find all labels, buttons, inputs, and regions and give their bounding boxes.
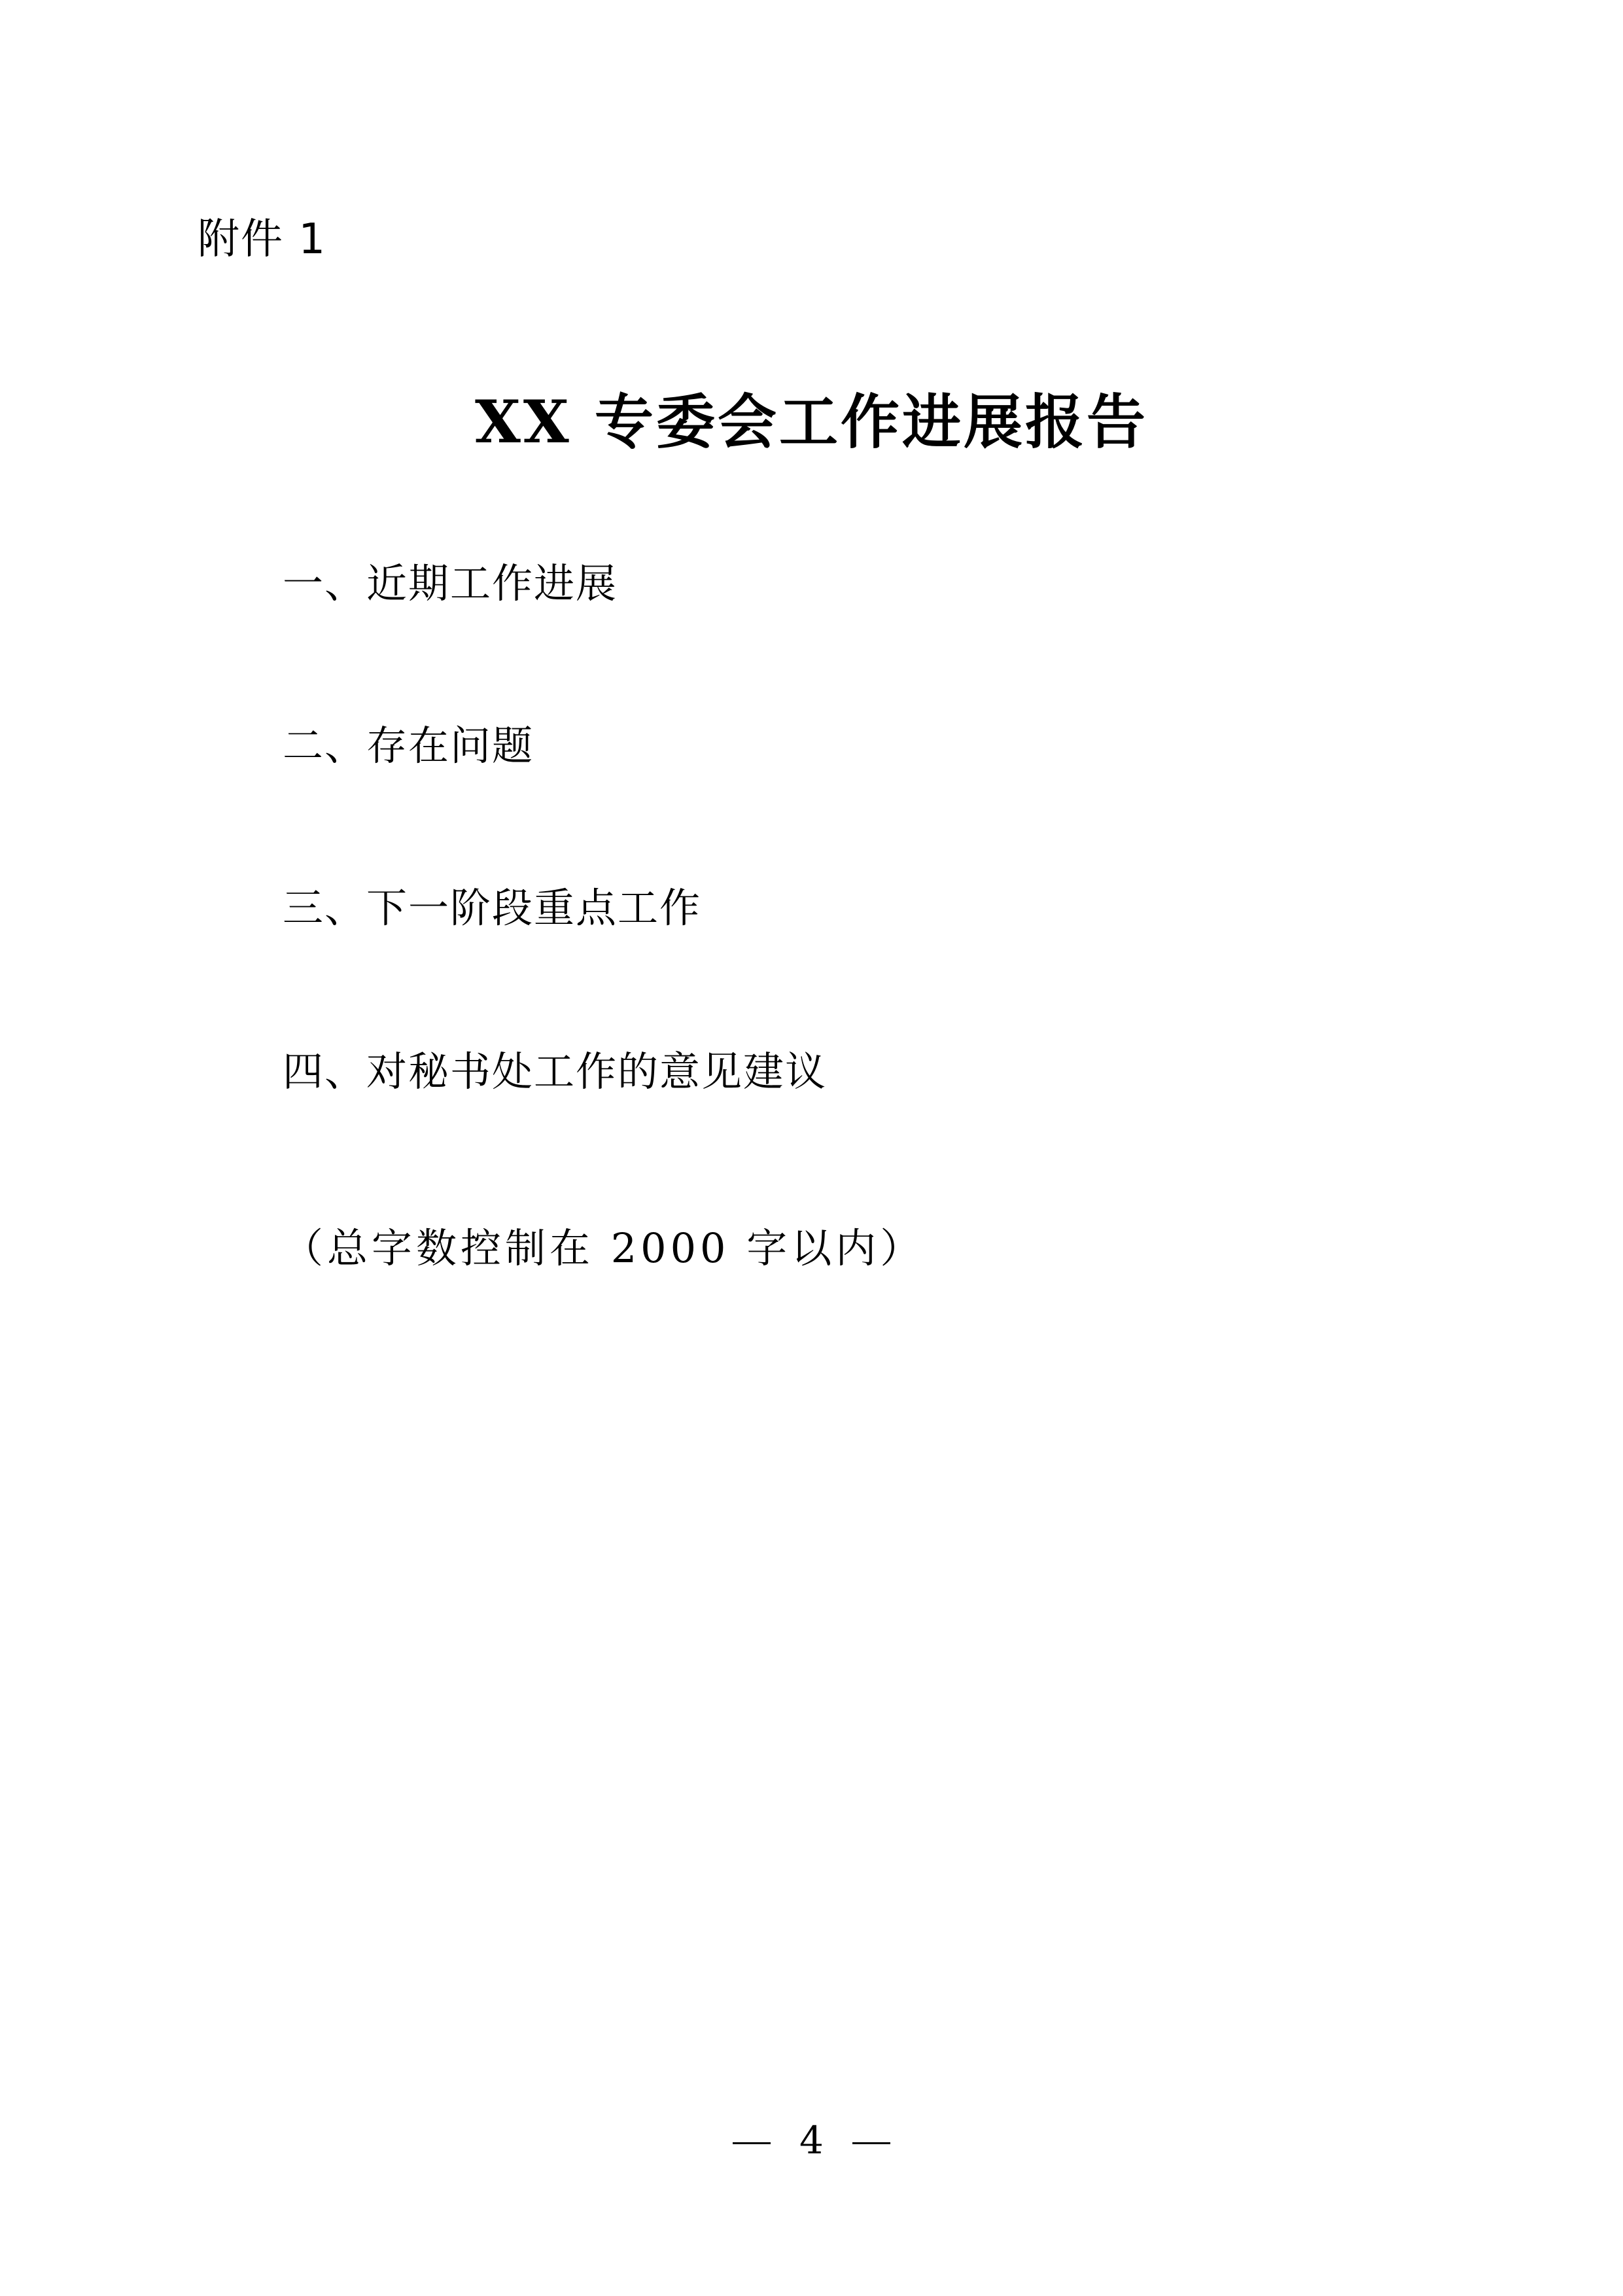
right-dash-decoration bbox=[852, 2142, 890, 2144]
attachment-label: 附件 1 bbox=[198, 213, 326, 266]
section-heading-existing-problems: 二、存在问题 bbox=[283, 720, 534, 772]
page-number: 4 bbox=[799, 2118, 824, 2163]
document-title: XX 专委会工作进展报告 bbox=[0, 386, 1623, 458]
word-count-note: （总字数控制在 2000 字以内） bbox=[283, 1222, 924, 1275]
section-heading-next-stage-work: 三、下一阶段重点工作 bbox=[283, 882, 701, 934]
section-heading-suggestions: 四、对秘书处工作的意见建议 bbox=[283, 1046, 827, 1098]
left-dash-decoration bbox=[733, 2142, 771, 2144]
section-heading-recent-progress: 一、近期工作进展 bbox=[283, 557, 618, 610]
page-footer: 4 bbox=[0, 2117, 1623, 2163]
